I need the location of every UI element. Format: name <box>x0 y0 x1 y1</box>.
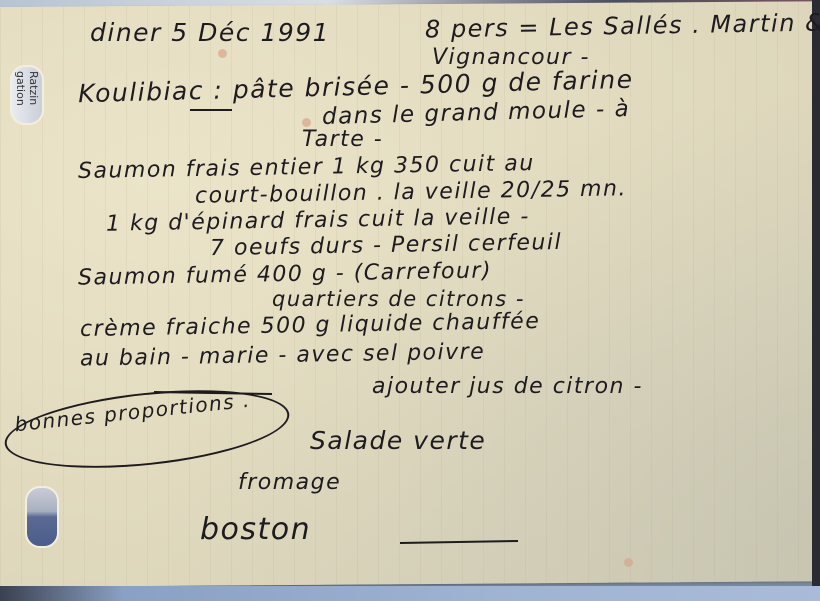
stain <box>302 118 311 127</box>
background-bottom <box>0 586 820 601</box>
hole-visible-text: Ratzin gation <box>14 71 40 123</box>
course-cheese: fromage <box>238 470 341 495</box>
punch-hole-bottom <box>25 486 59 548</box>
recipe-line: ajouter jus de citron - <box>372 374 643 399</box>
recipe-line: Tarte - <box>302 127 383 152</box>
recipe-line: quartiers de citrons - <box>272 287 525 311</box>
background-right <box>812 0 820 601</box>
card-title: diner 5 Déc 1991 <box>90 18 330 47</box>
stain <box>624 558 633 567</box>
underline <box>190 109 232 111</box>
punch-hole-top: Ratzin gation <box>10 65 44 125</box>
stain <box>218 49 227 58</box>
course-salad: Salade verte <box>310 426 486 455</box>
course-dessert: boston <box>200 512 311 547</box>
